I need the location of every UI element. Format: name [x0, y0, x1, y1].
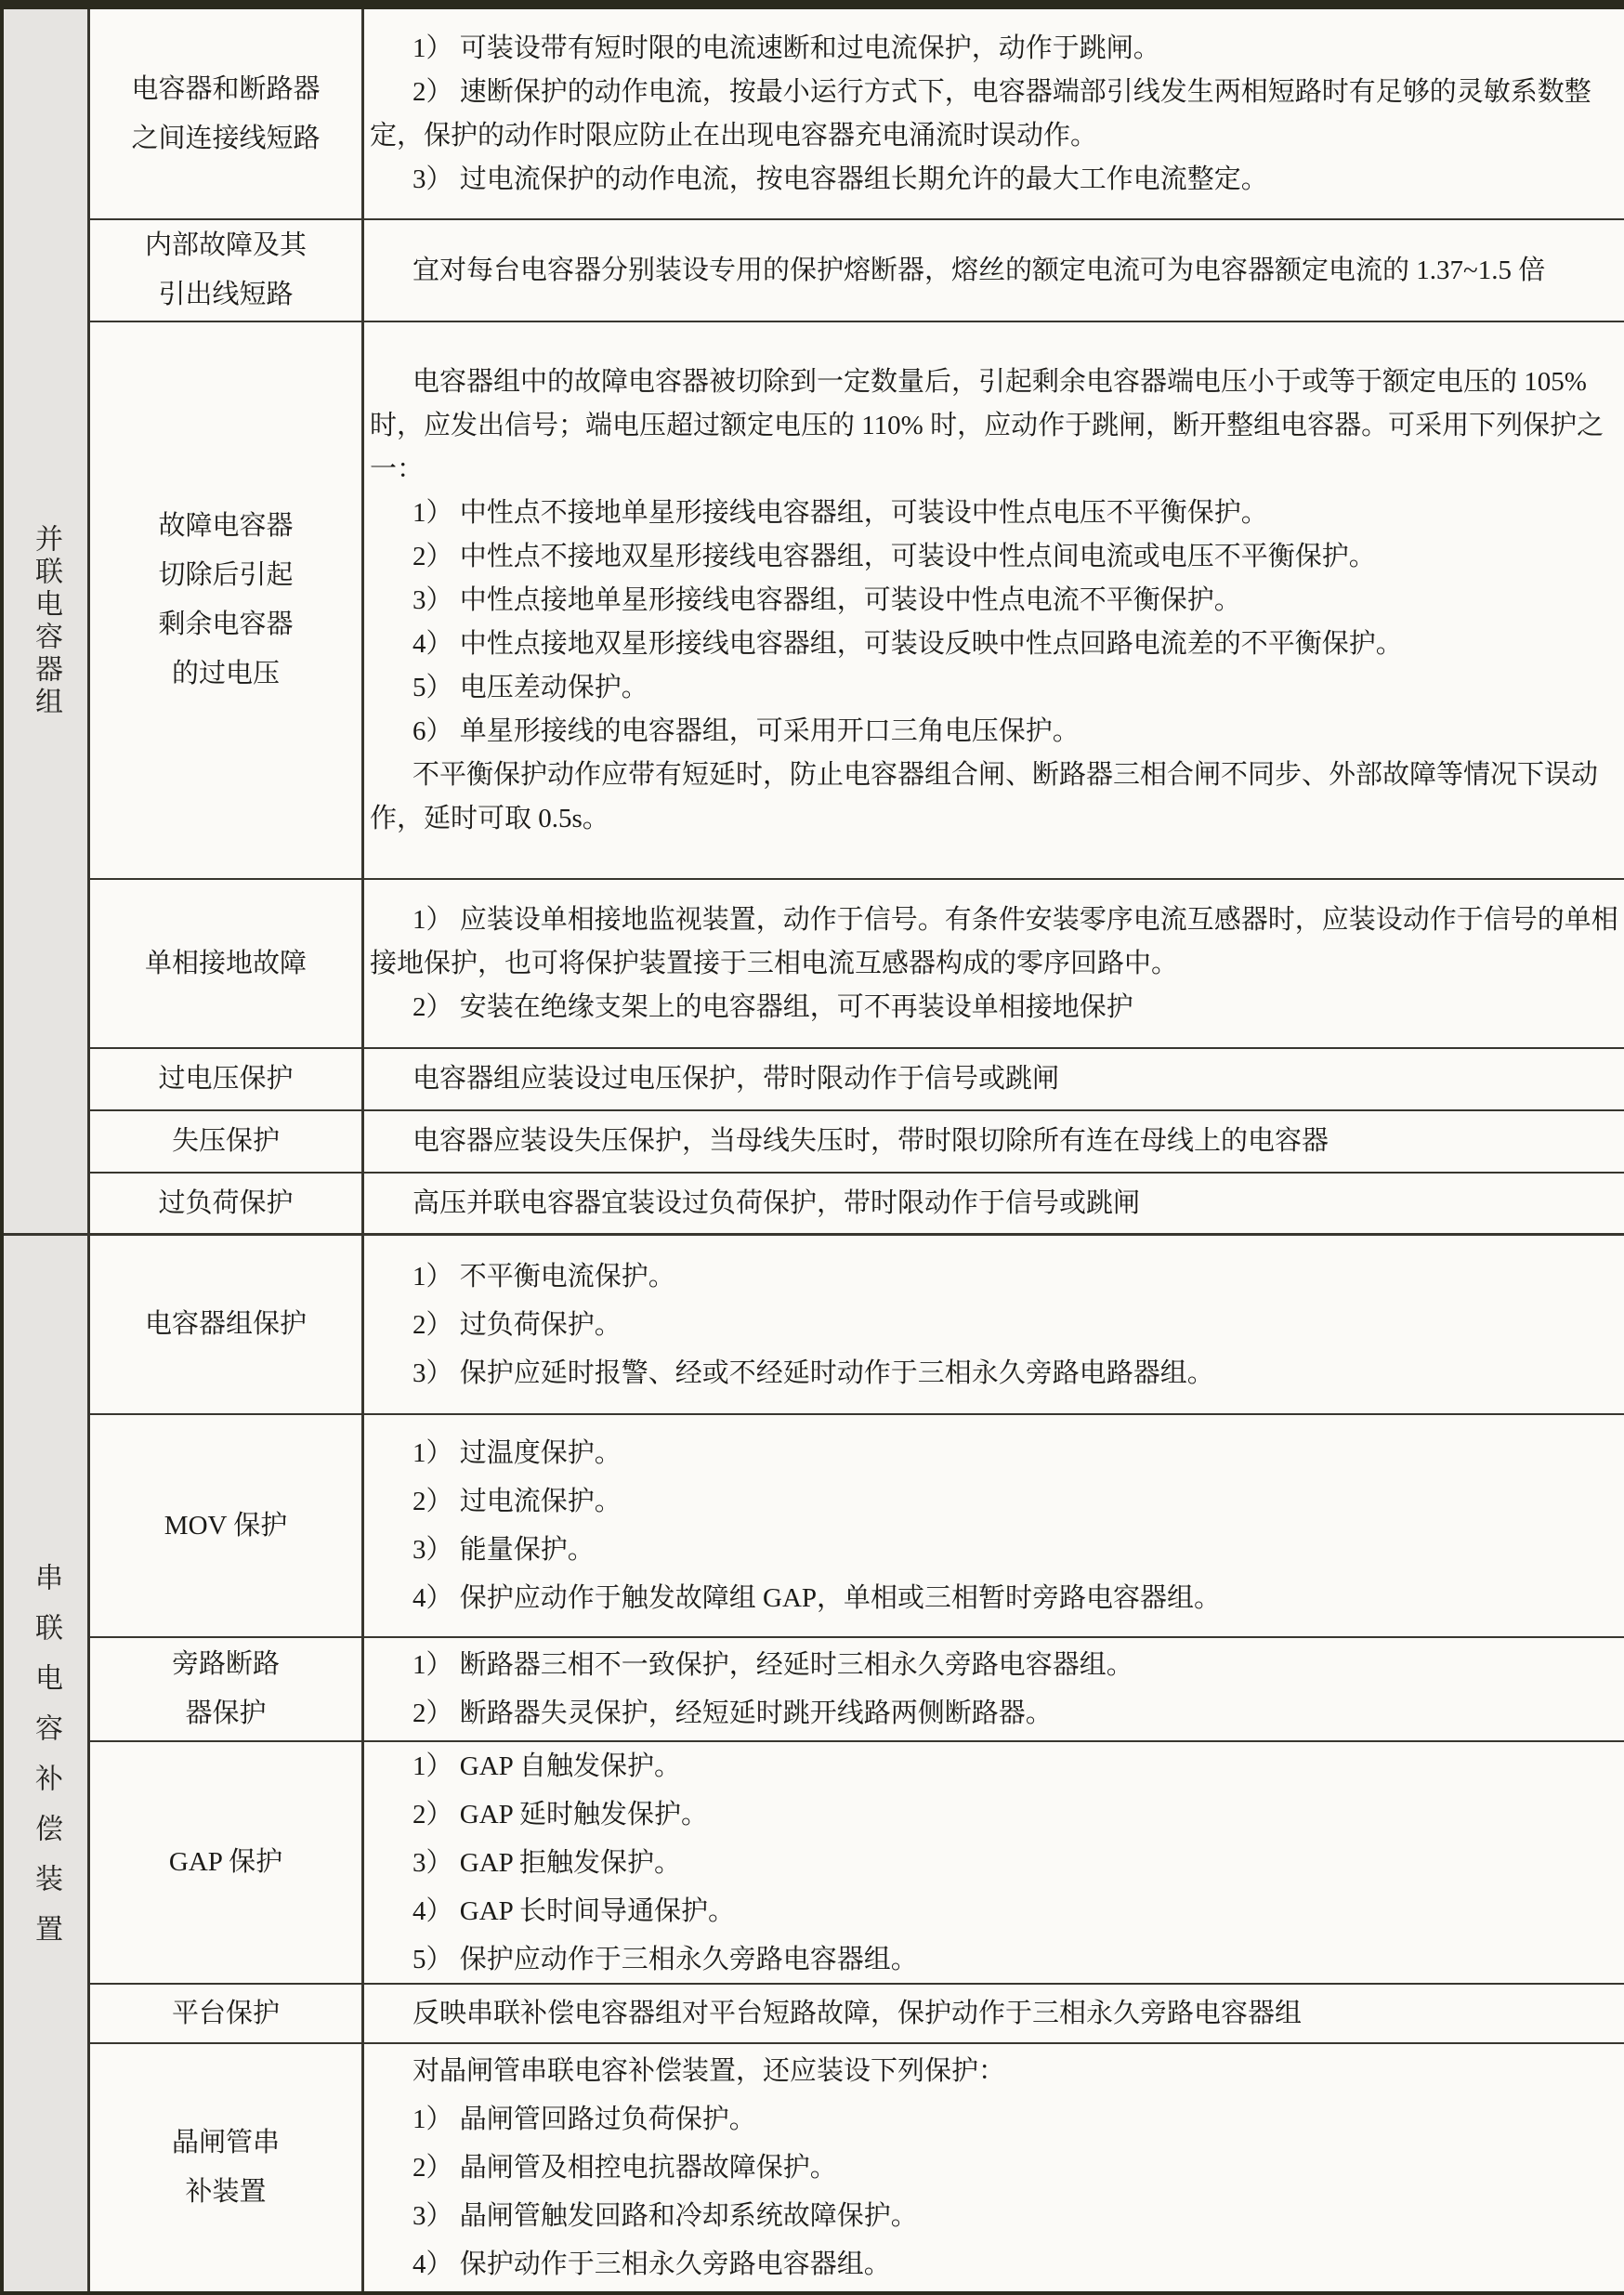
fault-type-cell: 旁路断路 器保护	[90, 1638, 364, 1740]
section-rows: 电容器和断路器 之间连接线短路 1） 可装设带有短时限的电流速断和过电流保护，动…	[90, 9, 1624, 1233]
group-label-vertical: 并联电容器组	[32, 524, 59, 719]
protection-content-cell: 1） 断路器三相不一致保护，经延时三相永久旁路电容器组。 2） 断路器失灵保护，…	[364, 1638, 1624, 1740]
fault-type-cell: 单相接地故障	[90, 880, 364, 1047]
fault-type-cell: 电容器组保护	[90, 1236, 364, 1413]
para: 4） GAP 长时间导通保护。	[370, 1887, 1618, 1935]
table-row: 内部故障及其 引出线短路 宜对每台电容器分别装设专用的保护熔断器，熔丝的额定电流…	[90, 220, 1624, 322]
fault-type-cell: 过电压保护	[90, 1049, 364, 1109]
para: 2） 中性点不接地双星形接线电容器组，可装设中性点间电流或电压不平衡保护。	[370, 535, 1618, 579]
table-row: 过负荷保护 高压并联电容器宜装设过负荷保护，带时限动作于信号或跳闸	[90, 1174, 1624, 1233]
protection-content-cell: 电容器组应装设过电压保护，带时限动作于信号或跳闸	[364, 1049, 1624, 1109]
protection-content-cell: 电容器组中的故障电容器被切除到一定数量后，引起剩余电容器端电压小于或等于额定电压…	[364, 322, 1624, 878]
fault-label: 过电压保护	[158, 1055, 293, 1104]
table-row: 平台保护 反映串联补偿电容器组对平台短路故障，保护动作于三相永久旁路电容器组	[90, 1985, 1624, 2044]
table-row: MOV 保护 1） 过温度保护。 2） 过电流保护。 3） 能量保护。 4） 保…	[90, 1415, 1624, 1638]
para: 3） 保护应延时报警、经或不经延时动作于三相永久旁路电路器组。	[370, 1349, 1618, 1397]
fault-type-cell: 过负荷保护	[90, 1174, 364, 1233]
fault-type-cell: MOV 保护	[90, 1415, 364, 1636]
para: 反映串联补偿电容器组对平台短路故障，保护动作于三相永久旁路电容器组	[370, 1989, 1618, 2038]
para: 2） 晶闸管及相控电抗器故障保护。	[370, 2144, 1618, 2192]
para: 1） 可装设带有短时限的电流速断和过电流保护，动作于跳闸。	[370, 27, 1618, 71]
table-row: 电容器组保护 1） 不平衡电流保护。 2） 过负荷保护。 3） 保护应延时报警、…	[90, 1236, 1624, 1415]
para: 1） 中性点不接地单星形接线电容器组，可装设中性点电压不平衡保护。	[370, 492, 1618, 535]
protection-content-cell: 1） 可装设带有短时限的电流速断和过电流保护，动作于跳闸。 2） 速断保护的动作…	[364, 9, 1624, 218]
fault-label: 晶闸管串 补装置	[172, 2118, 280, 2217]
protection-content-cell: 1） 过温度保护。 2） 过电流保护。 3） 能量保护。 4） 保护应动作于触发…	[364, 1415, 1624, 1636]
protection-config-table: 并联电容器组 电容器和断路器 之间连接线短路 1） 可装设带有短时限的电流速断和…	[0, 0, 1624, 2295]
para: 3） GAP 拒触发保护。	[370, 1839, 1618, 1887]
fault-label: 平台保护	[172, 1989, 280, 2039]
fault-label: 单相接地故障	[145, 939, 307, 989]
para: 4） 保护应动作于触发故障组 GAP，单相或三相暂时旁路电容器组。	[370, 1574, 1618, 1622]
fault-label: 电容器组保护	[145, 1300, 307, 1349]
para: 对晶闸管串联电容补偿装置，还应装设下列保护：	[370, 2047, 1618, 2095]
fault-label: 内部故障及其 引出线短路	[145, 221, 307, 320]
para: 5） 保护应动作于三相永久旁路电容器组。	[370, 1935, 1618, 1984]
para: 宜对每台电容器分别装设专用的保护熔断器，熔丝的额定电流可为电容器额定电流的 1.…	[370, 249, 1618, 293]
group-cell-series: 串联电容补偿装置	[4, 1236, 90, 2291]
section-parallel-capacitor-bank: 并联电容器组 电容器和断路器 之间连接线短路 1） 可装设带有短时限的电流速断和…	[4, 9, 1624, 1236]
table-row: 旁路断路 器保护 1） 断路器三相不一致保护，经延时三相永久旁路电容器组。 2）…	[90, 1638, 1624, 1742]
para: 不平衡保护动作应带有短延时，防止电容器组合闸、断路器三相合闸不同步、外部故障等情…	[370, 754, 1618, 841]
protection-content-cell: 1） 不平衡电流保护。 2） 过负荷保护。 3） 保护应延时报警、经或不经延时动…	[364, 1236, 1624, 1413]
para: 3） 中性点接地单星形接线电容器组，可装设中性点电流不平衡保护。	[370, 579, 1618, 623]
table-row: 晶闸管串 补装置 对晶闸管串联电容补偿装置，还应装设下列保护： 1） 晶闸管回路…	[90, 2044, 1624, 2291]
protection-content-cell: 电容器应装设失压保护，当母线失压时，带时限切除所有连在母线上的电容器	[364, 1111, 1624, 1172]
table-row: 过电压保护 电容器组应装设过电压保护，带时限动作于信号或跳闸	[90, 1049, 1624, 1111]
protection-content-cell: 高压并联电容器宜装设过负荷保护，带时限动作于信号或跳闸	[364, 1174, 1624, 1233]
para: 5） 电压差动保护。	[370, 666, 1618, 710]
para: 2） 断路器失灵保护，经短延时跳开线路两侧断路器。	[370, 1689, 1618, 1738]
table-row: 故障电容器 切除后引起 剩余电容器 的过电压 电容器组中的故障电容器被切除到一定…	[90, 322, 1624, 880]
fault-type-cell: 故障电容器 切除后引起 剩余电容器 的过电压	[90, 322, 364, 878]
fault-label: 电容器和断路器 之间连接线短路	[131, 65, 320, 164]
fault-type-cell: 失压保护	[90, 1111, 364, 1172]
para: 2） GAP 延时触发保护。	[370, 1790, 1618, 1839]
table-row: 电容器和断路器 之间连接线短路 1） 可装设带有短时限的电流速断和过电流保护，动…	[90, 9, 1624, 220]
fault-label: MOV 保护	[164, 1502, 287, 1551]
fault-label: 旁路断路 器保护	[172, 1640, 280, 1738]
group-label-vertical: 串联电容补偿装置	[32, 1563, 59, 1964]
table-row: GAP 保护 1） GAP 自触发保护。 2） GAP 延时触发保护。 3） G…	[90, 1742, 1624, 1985]
protection-content-cell: 1） GAP 自触发保护。 2） GAP 延时触发保护。 3） GAP 拒触发保…	[364, 1742, 1624, 1983]
table-row: 失压保护 电容器应装设失压保护，当母线失压时，带时限切除所有连在母线上的电容器	[90, 1111, 1624, 1174]
protection-content-cell: 宜对每台电容器分别装设专用的保护熔断器，熔丝的额定电流可为电容器额定电流的 1.…	[364, 220, 1624, 321]
para: 3） 能量保护。	[370, 1526, 1618, 1574]
para: 电容器应装设失压保护，当母线失压时，带时限切除所有连在母线上的电容器	[370, 1120, 1618, 1163]
section-series-capacitor-compensation: 串联电容补偿装置 电容器组保护 1） 不平衡电流保护。 2） 过负荷保护。 3）…	[4, 1236, 1624, 2291]
fault-type-cell: 晶闸管串 补装置	[90, 2044, 364, 2291]
fault-label: 故障电容器 切除后引起 剩余电容器 的过电压	[158, 502, 293, 699]
group-cell-parallel: 并联电容器组	[4, 9, 90, 1233]
fault-label: 过负荷保护	[158, 1179, 293, 1228]
para: 1） 应装设单相接地监视装置，动作于信号。有条件安装零序电流互感器时，应装设动作…	[370, 898, 1618, 986]
para: 3） 晶闸管触发回路和冷却系统故障保护。	[370, 2192, 1618, 2240]
para: 2） 过电流保护。	[370, 1477, 1618, 1526]
para: 2） 过负荷保护。	[370, 1301, 1618, 1349]
para: 2） 速断保护的动作电流，按最小运行方式下，电容器端部引线发生两相短路时有足够的…	[370, 71, 1618, 158]
para: 1） 不平衡电流保护。	[370, 1252, 1618, 1301]
fault-label: GAP 保护	[169, 1838, 282, 1887]
fault-label: 失压保护	[172, 1117, 280, 1166]
para: 1） 断路器三相不一致保护，经延时三相永久旁路电容器组。	[370, 1641, 1618, 1689]
fault-type-cell: 电容器和断路器 之间连接线短路	[90, 9, 364, 218]
para: 4） 中性点接地双星形接线电容器组，可装设反映中性点回路电流差的不平衡保护。	[370, 623, 1618, 666]
fault-type-cell: GAP 保护	[90, 1742, 364, 1983]
para: 电容器组应装设过电压保护，带时限动作于信号或跳闸	[370, 1057, 1618, 1101]
table-row: 单相接地故障 1） 应装设单相接地监视装置，动作于信号。有条件安装零序电流互感器…	[90, 880, 1624, 1049]
section-rows: 电容器组保护 1） 不平衡电流保护。 2） 过负荷保护。 3） 保护应延时报警、…	[90, 1236, 1624, 2291]
para: 电容器组中的故障电容器被切除到一定数量后，引起剩余电容器端电压小于或等于额定电压…	[370, 361, 1618, 492]
para: 4） 保护动作于三相永久旁路电容器组。	[370, 2240, 1618, 2288]
para: 3） 过电流保护的动作电流，按电容器组长期允许的最大工作电流整定。	[370, 158, 1618, 202]
para: 1） 晶闸管回路过负荷保护。	[370, 2095, 1618, 2144]
protection-content-cell: 1） 应装设单相接地监视装置，动作于信号。有条件安装零序电流互感器时，应装设动作…	[364, 880, 1624, 1047]
para: 1） 过温度保护。	[370, 1429, 1618, 1477]
fault-type-cell: 内部故障及其 引出线短路	[90, 220, 364, 321]
protection-content-cell: 对晶闸管串联电容补偿装置，还应装设下列保护： 1） 晶闸管回路过负荷保护。 2）…	[364, 2044, 1624, 2291]
para: 高压并联电容器宜装设过负荷保护，带时限动作于信号或跳闸	[370, 1182, 1618, 1226]
para: 1） GAP 自触发保护。	[370, 1742, 1618, 1790]
protection-content-cell: 反映串联补偿电容器组对平台短路故障，保护动作于三相永久旁路电容器组	[364, 1985, 1624, 2042]
para: 2） 安装在绝缘支架上的电容器组，可不再装设单相接地保护	[370, 986, 1618, 1029]
fault-type-cell: 平台保护	[90, 1985, 364, 2042]
para: 6） 单星形接线的电容器组，可采用开口三角电压保护。	[370, 710, 1618, 754]
